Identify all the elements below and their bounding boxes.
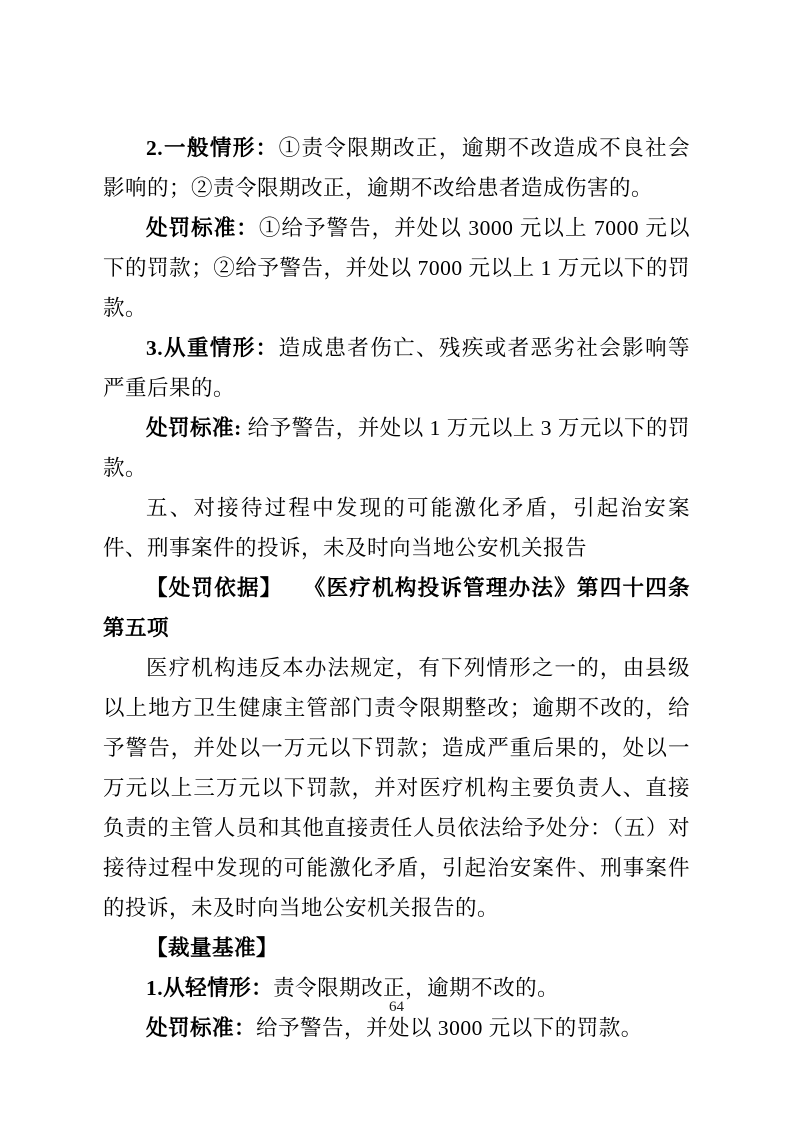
paragraph-regulation-quote: 医疗机构违反本办法规定，有下列情形之一的，由县级以上地方卫生健康主管部门责令限期… [103,648,690,928]
paragraph-lead: 处罚标准： [146,1016,256,1040]
paragraph-discretion-benchmark-heading: 【裁量基准】 [103,928,690,968]
paragraph-general-circumstance: 2.一般情形：①责令限期改正，逾期不改造成不良社会影响的；②责令限期改正，逾期不… [103,128,690,208]
paragraph-text: 给予警告，并处以 3000 元以下的罚款。 [256,1016,643,1040]
page-footer: 64 [0,996,793,1018]
paragraph-aggravating-circumstance: 3.从重情形：造成患者伤亡、残疾或者恶劣社会影响等严重后果的。 [103,328,690,408]
paragraph-lead: 处罚标准: [146,416,242,440]
paragraph-lead: 2.一般情形： [146,136,279,160]
paragraph-lead: 【处罚依据】 [146,576,283,600]
paragraph-penalty-standard-aggravating: 处罚标准: 给予警告，并处以 1 万元以上 3 万元以下的罚款。 [103,408,690,488]
paragraph-lead: 3.从重情形： [146,336,279,360]
paragraph-lead: 【裁量基准】 [146,936,278,960]
paragraph-text: 五、对接待过程中发现的可能激化矛盾，引起治安案件、刑事案件的投诉，未及时向当地公… [103,496,690,560]
document-body: 2.一般情形：①责令限期改正，逾期不改造成不良社会影响的；②责令限期改正，逾期不… [103,128,690,1048]
paragraph-lead: 处罚标准： [146,216,259,240]
paragraph-penalty-standard-general: 处罚标准：①给予警告，并处以 3000 元以上 7000 元以下的罚款；②给予警… [103,208,690,328]
paragraph-violation-item: 五、对接待过程中发现的可能激化矛盾，引起治安案件、刑事案件的投诉，未及时向当地公… [103,488,690,568]
paragraph-penalty-basis-heading: 【处罚依据】《医疗机构投诉管理办法》第四十四条第五项 [103,568,690,648]
page-number: 64 [389,999,404,1015]
document-page: 2.一般情形：①责令限期改正，逾期不改造成不良社会影响的；②责令限期改正，逾期不… [0,0,793,1122]
paragraph-text: 医疗机构违反本办法规定，有下列情形之一的，由县级以上地方卫生健康主管部门责令限期… [103,656,690,920]
